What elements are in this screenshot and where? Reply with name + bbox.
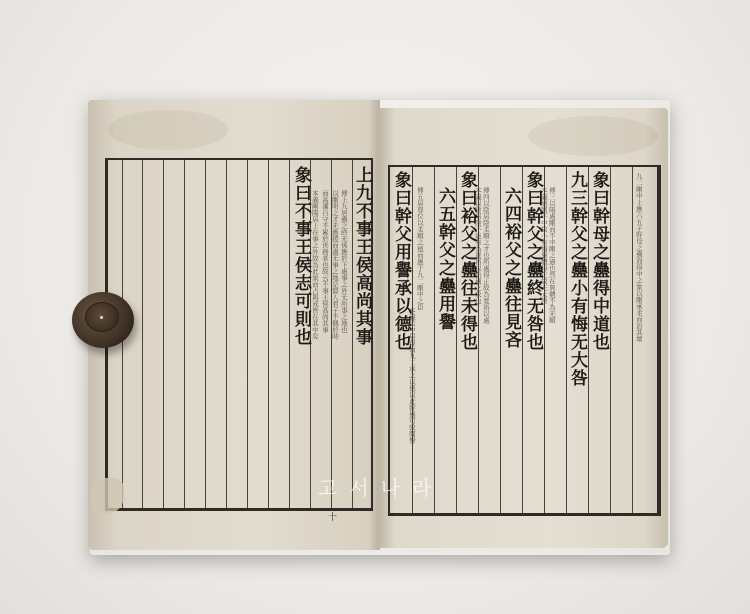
main-text-column: 上九不事王侯高尚其事 bbox=[353, 166, 370, 346]
column-rule bbox=[268, 160, 269, 508]
column-rule bbox=[610, 167, 611, 513]
column-rule bbox=[247, 160, 248, 508]
commentary-column: 傳三以陽處剛而不中剛之過也然在巽體不為无順 bbox=[548, 187, 555, 497]
weight-highlight bbox=[100, 316, 103, 319]
main-text-column: 象曰幹母之蠱得中道也 bbox=[590, 171, 607, 351]
folio-mark: 十 bbox=[328, 510, 337, 523]
main-text-column: 九三幹父之蠱小有悔无大咎 bbox=[568, 171, 585, 387]
watermark: 고서나라 bbox=[318, 472, 443, 501]
main-text-column: 六四裕父之蠱往見吝 bbox=[502, 187, 519, 349]
commentary-column: 九二剛中上應六五子幹母之蠱而得中之象以剛承柔而治其壞 bbox=[635, 173, 642, 503]
commentary-column: 而高潔自守不累於世務者也故云不事王侯高尚其事 bbox=[321, 190, 328, 490]
paper-stain bbox=[528, 116, 658, 156]
paper-stain bbox=[108, 110, 228, 150]
commentary-column: 傳上九居蠱之終无係應於下處事之外无所事之地也 bbox=[340, 190, 347, 490]
main-text-column: 象曰裕父之蠱往未得也 bbox=[458, 171, 475, 351]
commentary-column: 以剛明之才无應援而處无事之地是賢人君子不偶於時 bbox=[331, 190, 338, 490]
column-rule bbox=[142, 160, 143, 508]
column-rule bbox=[205, 160, 206, 508]
main-text-column: 六五幹父之蠱用譽 bbox=[436, 187, 453, 331]
bronze-weight bbox=[72, 292, 134, 348]
column-rule bbox=[184, 160, 185, 508]
commentary-column: 本義過剛不中故小有悔巽體得正故无大咎 bbox=[540, 187, 547, 497]
commentary-column: 傳五居尊位以柔順之德而應于九二剛中之臣 bbox=[416, 187, 423, 497]
right-page-frame: 象曰幹母之蠱得中道也 九三幹父之蠱小有悔无大咎 象曰幹父之蠱終无咎也 六四裕父之… bbox=[388, 165, 661, 516]
column-rule bbox=[163, 160, 164, 508]
column-rule bbox=[289, 160, 290, 508]
main-text-column: 象曰不事王侯志可則也 bbox=[292, 166, 309, 346]
commentary-column: 傳四以陰居陰柔順之才也所處得正故為寬裕以處 bbox=[482, 187, 489, 497]
commentary-column: 本義剛陽居上在事之外故為此象而占與戒皆在其中矣 bbox=[311, 190, 318, 490]
column-rule bbox=[632, 167, 633, 513]
main-text-column: 象曰幹父之蠱終无咎也 bbox=[524, 171, 541, 351]
commentary-column: 本義以陰居陰不能有為寬裕以治蠱之象也 bbox=[474, 187, 481, 497]
left-page-frame: 上九不事王侯高尚其事 象曰不事王侯志可則也 傳上九居蠱之終无係應於下處事之外无所… bbox=[105, 158, 373, 511]
main-text-column: 象曰幹父用譽承以德也 bbox=[392, 171, 409, 351]
column-rule bbox=[226, 160, 227, 508]
torn-paper-corner bbox=[90, 478, 124, 514]
